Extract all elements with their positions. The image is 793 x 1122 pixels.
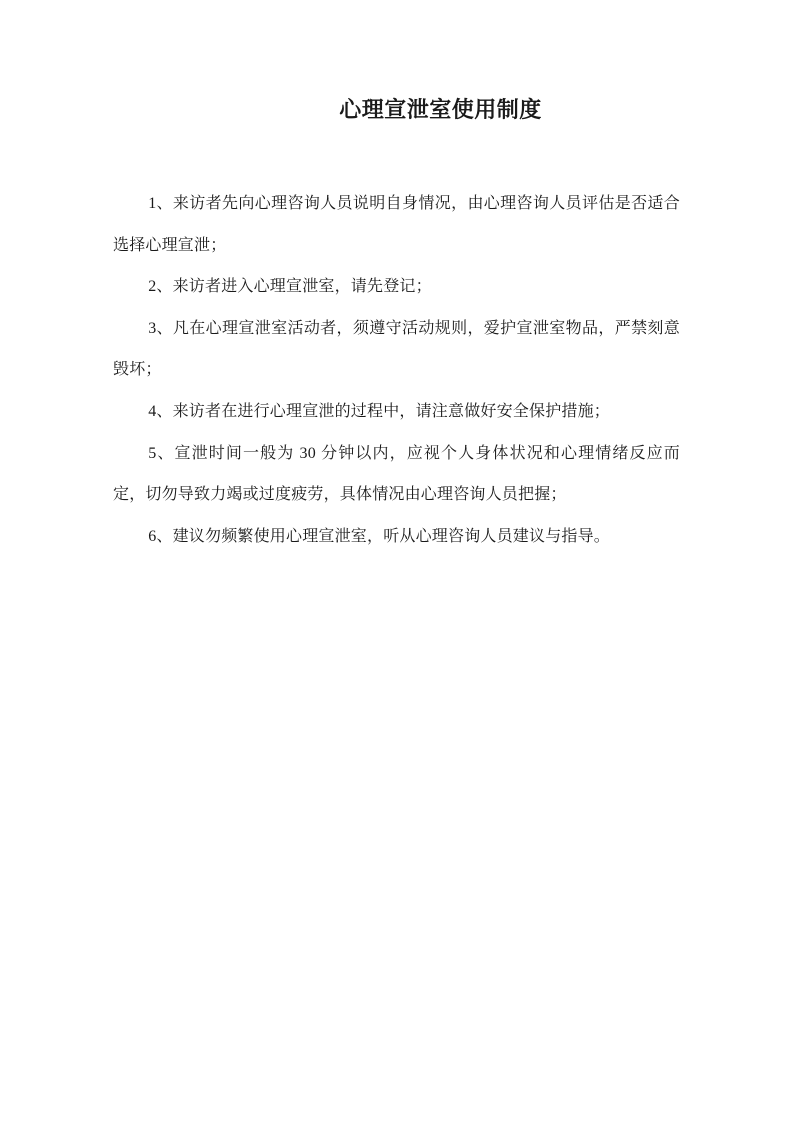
paragraph-list: 1、来访者先向心理咨询人员说明自身情况，由心理咨询人员评估是否适合选择心理宣泄；… xyxy=(113,183,680,557)
document-title: 心理宣泄室使用制度 xyxy=(157,95,724,125)
paragraph-rule-2: 2、来访者进入心理宣泄室，请先登记； xyxy=(113,266,680,308)
paragraph-rule-3: 3、凡在心理宣泄室活动者，须遵守活动规则，爱护宣泄室物品，严禁刻意毁坏； xyxy=(113,308,680,391)
document-content: 心理宣泄室使用制度 1、来访者先向心理咨询人员说明自身情况，由心理咨询人员评估是… xyxy=(0,95,793,557)
paragraph-rule-5: 5、宣泄时间一般为 30 分钟以内，应视个人身体状况和心理情绪反应而定，切勿导致… xyxy=(113,433,680,516)
paragraph-rule-6: 6、建议勿频繁使用心理宣泄室，听从心理咨询人员建议与指导。 xyxy=(113,516,680,558)
paragraph-rule-1: 1、来访者先向心理咨询人员说明自身情况，由心理咨询人员评估是否适合选择心理宣泄； xyxy=(113,183,680,266)
paragraph-rule-4: 4、来访者在进行心理宣泄的过程中，请注意做好安全保护措施； xyxy=(113,391,680,433)
document-page: 心理宣泄室使用制度 1、来访者先向心理咨询人员说明自身情况，由心理咨询人员评估是… xyxy=(0,0,793,1122)
